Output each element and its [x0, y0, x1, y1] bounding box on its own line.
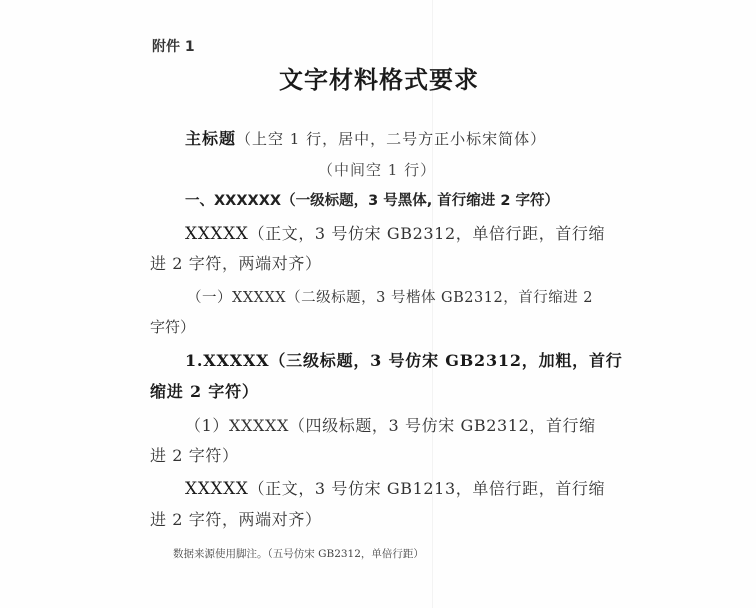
- body-2-line-1: XXXXX（正文，3 号仿宋 GB1213，单倍行距，首行缩: [185, 476, 605, 499]
- body-1-text: （正文，3 号仿宋 GB2312，单倍行距，首行缩: [249, 224, 606, 243]
- heading-level-1-spec: 一、XXXXXX（一级标题，3 号黑体, 首行缩进 2 字符）: [185, 189, 559, 210]
- document-page: 附件 1 文字材料格式要求 主标题（上空 1 行，居中，二号方正小标宋简体） （…: [0, 0, 756, 608]
- gap-note: （中间空 1 行）: [318, 159, 436, 180]
- main-title-spec: 主标题（上空 1 行，居中，二号方正小标宋简体）: [185, 126, 546, 149]
- body-2-line-2: 进 2 字符，两端对齐）: [150, 507, 322, 530]
- footnote: 数据来源使用脚注。（五号仿宋 GB2312，单倍行距）: [173, 546, 424, 561]
- main-title-note: （上空 1 行，居中，二号方正小标宋简体）: [236, 130, 546, 148]
- body-1-line-1: XXXXX（正文，3 号仿宋 GB2312，单倍行距，首行缩: [185, 221, 605, 244]
- main-title-label: 主标题: [185, 129, 236, 148]
- body-2-placeholder: XXXXX: [185, 479, 249, 499]
- heading-level-4-line-1: （1）XXXXX（四级标题，3 号仿宋 GB2312，首行缩: [185, 413, 596, 436]
- document-title: 文字材料格式要求: [279, 60, 479, 95]
- body-1-line-2: 进 2 字符，两端对齐）: [150, 251, 322, 274]
- heading-level-2-line-2: 字符）: [150, 316, 195, 337]
- body-2-text: （正文，3 号仿宋 GB1213，单倍行距，首行缩: [249, 479, 606, 498]
- heading-level-3-line-1: 1.XXXXX（三级标题，3 号仿宋 GB2312，加粗，首行: [185, 348, 623, 371]
- body-1-placeholder: XXXXX: [185, 224, 249, 244]
- attachment-label: 附件 1: [152, 36, 195, 56]
- heading-level-2-line-1: （一）XXXXX（二级标题，3 号楷体 GB2312，首行缩进 2: [187, 286, 593, 307]
- heading-level-3-line-2: 缩进 2 字符）: [150, 379, 259, 402]
- heading-level-4-line-2: 进 2 字符）: [150, 443, 239, 466]
